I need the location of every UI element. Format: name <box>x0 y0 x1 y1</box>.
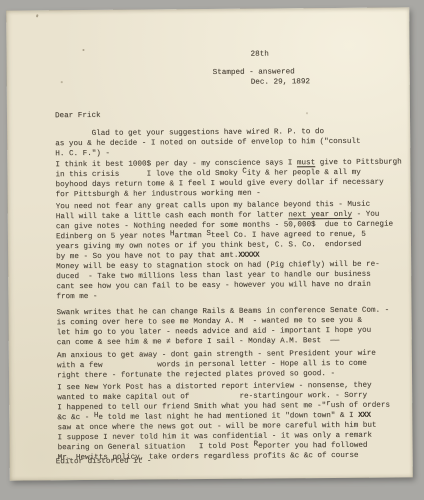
typed-line: for Pittsburgh & her industrous working … <box>56 187 402 200</box>
typed-text: Edinberg on 5 year notes <box>56 232 170 241</box>
typed-text: cant see how you can fail to be easy - h… <box>56 281 370 291</box>
letter-paragraph: Swank writes that he can change Rails & … <box>56 306 389 349</box>
typed-text: S <box>206 230 211 238</box>
scanned-letter-view: 28th Stamped - answered Dec. 29, 1892 De… <box>0 0 424 500</box>
typed-text: ity & her people & all my <box>247 169 361 178</box>
letter-paragraph: Am anxious to get away - dont gain stren… <box>57 349 376 382</box>
paper-speck <box>36 14 39 17</box>
typed-text: H <box>94 412 99 420</box>
letter-paragraph: Money will be easy to stagnation stock o… <box>56 260 380 303</box>
typed-line: Mr. Hewitts policy,Editor distorted it -… <box>58 451 391 464</box>
typed-text: for Pittsburgh & her industrous working … <box>56 190 261 200</box>
salutation: Dear Frick <box>55 111 101 121</box>
typed-text: r <box>326 400 331 408</box>
letter-paragraph: I think it best 1000$ per day - my consc… <box>55 157 402 200</box>
typed-text: R <box>253 441 258 449</box>
letter-day-annotation: 28th <box>250 50 268 60</box>
typed-text: H. C. F.") - <box>55 150 110 158</box>
typed-text: boyhood days return tome & I feel I woul… <box>56 179 384 190</box>
letter-paper: 28th Stamped - answered Dec. 29, 1892 De… <box>6 7 413 480</box>
typed-text: &c &c - <box>57 414 94 422</box>
letter-date: Dec. 29, 1892 <box>251 77 310 87</box>
typed-text: C <box>242 168 247 176</box>
typed-line: right there - fortunate the rejected pla… <box>57 369 376 382</box>
typed-text: give to Pittsburgh <box>315 158 402 167</box>
typed-line: can come & see him & me ≠ before I sail … <box>57 336 390 349</box>
typed-text: in this crisis I love the old Smoky <box>55 170 242 179</box>
typed-text: years giving my own notes or if you thin… <box>56 241 361 251</box>
overstruck-text: Mr. Hewitts policy,Editor distorted it - <box>58 454 145 463</box>
typed-text: next year only <box>288 211 352 220</box>
typed-text: XXXXX <box>238 252 259 260</box>
paper-speck <box>61 81 63 83</box>
typed-text: teel Co. I have agreed to renue, 5 <box>211 231 366 240</box>
letter-paragraph: Glad to get your suggestions have wired … <box>55 127 361 159</box>
typed-text: right there - fortunate the rejected pla… <box>57 370 335 380</box>
typed-text: take orders regardless profits &c &c of … <box>144 452 358 462</box>
typed-text: H <box>170 230 175 238</box>
typed-text: from me - <box>56 293 97 301</box>
paper-speck <box>82 49 84 51</box>
typed-text: eporter you had followed <box>258 442 367 451</box>
typed-text: as you & he decide - I noted on outside … <box>55 138 360 148</box>
typed-text: must <box>297 159 315 167</box>
typed-text: artman <box>174 232 206 240</box>
paper-speck <box>306 112 308 114</box>
typed-text: - You <box>352 211 379 219</box>
typed-text: can come & see him & me ≠ before I sail … <box>57 337 340 347</box>
letter-paragraph: I see New York Post has a distorted repo… <box>57 381 390 464</box>
typed-text: XXX <box>358 412 371 420</box>
typed-text: bearing on General situation I told Post <box>58 443 254 453</box>
letter-paragraph: You need not fear any great calls upon m… <box>56 200 394 263</box>
typed-text: ush of orders <box>331 402 390 410</box>
stamped-answered-annotation: Stamped - answered <box>213 67 295 78</box>
typed-text: by me - So you have not to pay that amt. <box>56 252 238 261</box>
